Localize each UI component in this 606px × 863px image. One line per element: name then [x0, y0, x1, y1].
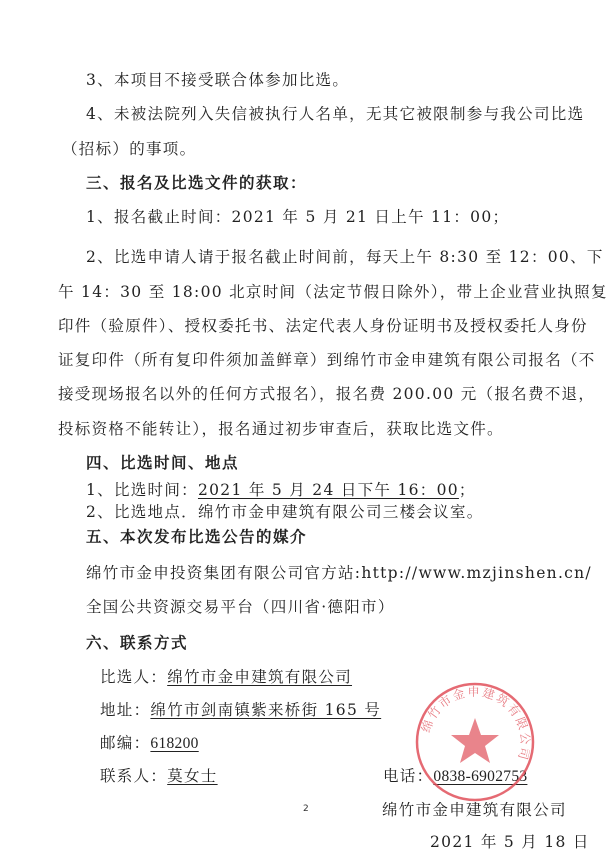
signature-date: 2021 年 5 月 18 日 — [430, 832, 590, 852]
bidder-name: 绵竹市金申建筑有限公司 — [167, 668, 352, 686]
svg-text:绵竹市金申建筑有限公司: 绵竹市金申建筑有限公司 — [419, 684, 532, 763]
contact-phone: 电话：0838-6902753 — [383, 766, 527, 787]
media-platform: 全国公共资源交易平台（四川省·德阳市） — [86, 597, 395, 617]
selection-time: 1、比选时间：2021 年 5 月 24 日下午 16：00； — [86, 480, 476, 500]
clause-3: 3、本项目不接受联合体参加比选。 — [86, 70, 349, 90]
section-heading-6: 六、联系方式 — [86, 633, 188, 653]
selection-time-label: 1、比选时间： — [86, 481, 198, 499]
media-website: 绵竹市金申投资集团有限公司官方站:http://www.mzjinshen.cn… — [86, 563, 592, 583]
phone-value: 0838-6902753 — [433, 768, 527, 785]
registration-para-2: 午 14：30 至 18:00 北京时间（法定节假日除外），带上企业营业执照复 — [58, 282, 606, 302]
clause-4: 4、未被法院列入失信被执行人名单，无其它被限制参与我公司比选 — [86, 104, 584, 124]
postcode-value: 618200 — [150, 735, 198, 752]
page-number: 2 — [303, 804, 309, 814]
registration-para-3: 印件（验原件）、授权委托书、法定代表人身份证明书及授权委托人身份 — [58, 316, 588, 336]
registration-para-4: 证复印件（所有复印件须加盖鲜章）到绵竹市金申建筑有限公司报名（不 — [58, 350, 596, 370]
clause-4-cont: （招标）的事项。 — [62, 139, 196, 159]
contact-postcode: 邮编：618200 — [100, 733, 199, 754]
registration-para-5: 接受现场报名以外的任何方式报名），报名费 200.00 元（报名费不退， — [58, 384, 595, 404]
registration-para-6: 投标资格不能转让），报名通过初步审查后，获取比选文件。 — [58, 419, 504, 439]
signature-company: 绵竹市金申建筑有限公司 — [382, 800, 567, 820]
contact-address: 地址：绵竹市剑南镇紫来桥街 165 号 — [100, 700, 381, 720]
selection-time-value: 2021 年 5 月 24 日下午 16：00 — [198, 481, 459, 499]
person-value: 莫女士 — [167, 767, 217, 785]
section-heading-4: 四、比选时间、地点 — [86, 453, 239, 473]
selection-location: 2、比选地点．绵竹市金申建筑有限公司三楼会议室。 — [86, 502, 484, 522]
section-heading-5: 五、本次发布比选公告的媒介 — [86, 527, 307, 547]
section-heading-3: 三、报名及比选文件的获取： — [86, 173, 307, 193]
contact-bidder: 比选人：绵竹市金申建筑有限公司 — [100, 667, 352, 687]
address-value: 绵竹市剑南镇紫来桥街 165 号 — [150, 701, 381, 719]
registration-para-1: 2、比选申请人请于报名截止时间前，每天上午 8:30 至 12：00、下 — [86, 247, 604, 267]
contact-person: 联系人：莫女士 — [100, 766, 218, 786]
registration-deadline: 1、报名截止时间：2021 年 5 月 21 日上午 11：00； — [86, 207, 509, 227]
